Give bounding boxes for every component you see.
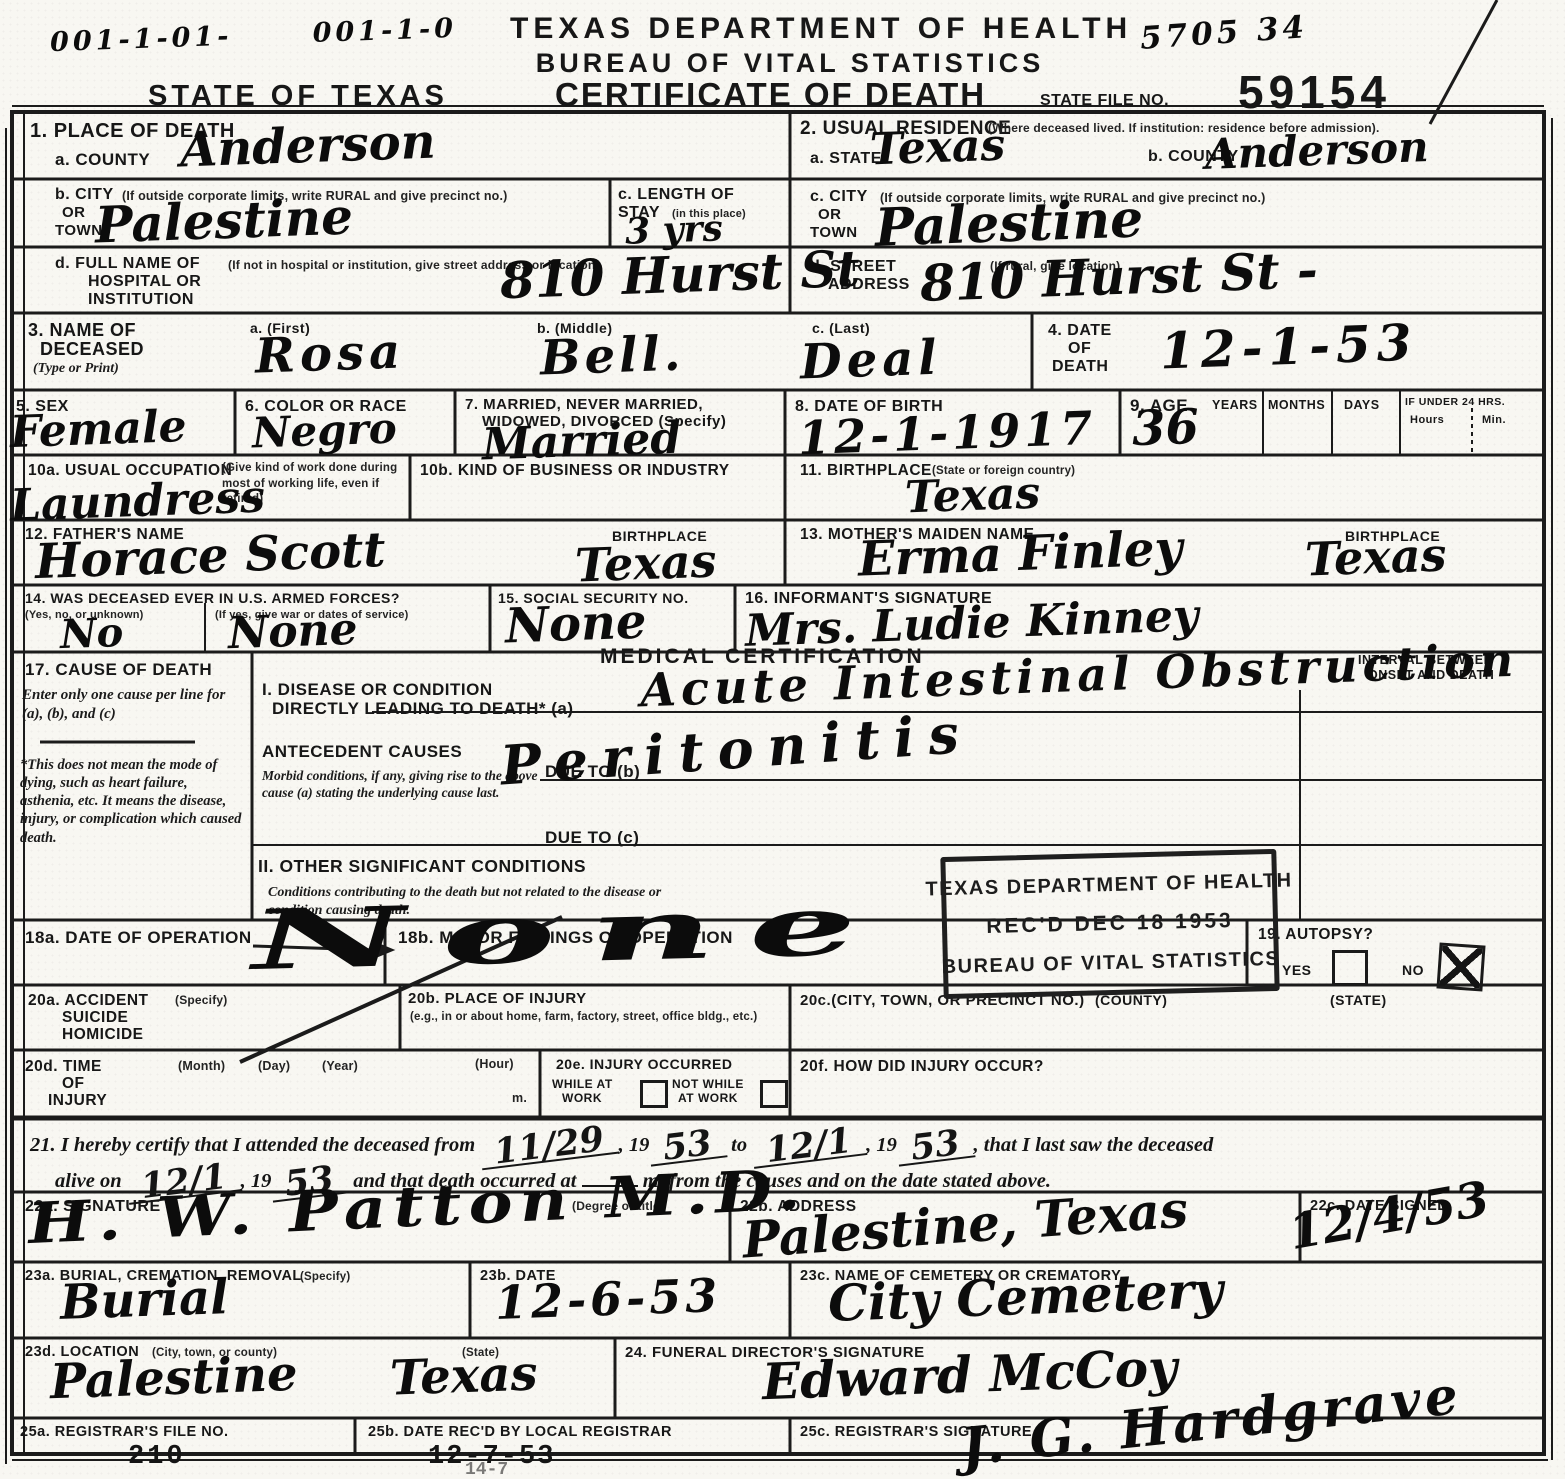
certify-statement-line-1: 21. I hereby certify that I attended the… <box>30 1126 1213 1157</box>
received-stamp: TEXAS DEPARTMENT OF HEALTH REC'D DEC 18 … <box>940 849 1279 999</box>
registrar-file-label: 25a. REGISTRAR'S FILE NO. <box>20 1424 229 1441</box>
funeral-director-signature: Edward McCoy <box>761 1343 1178 1407</box>
age-value: 36 <box>1131 403 1199 453</box>
place-of-injury-label: 20b. PLACE OF INJURY <box>408 990 587 1007</box>
county-label: a. COUNTY <box>55 150 150 170</box>
not-while-at-work-checkbox <box>760 1080 788 1108</box>
stamp-line-2: REC'D DEC 18 1953 <box>986 909 1234 939</box>
while-at-work-checkbox <box>640 1080 668 1108</box>
due-to-c-label: DUE TO (c) <box>545 828 639 848</box>
not-while-at-work-label-2: AT WORK <box>678 1092 738 1106</box>
accident-label-2: SUICIDE <box>62 1009 128 1027</box>
birthplace-value: Texas <box>904 472 1041 521</box>
burial-date-value: 12-6-53 <box>494 1272 722 1326</box>
header-department: TEXAS DEPARTMENT OF HEALTH <box>510 12 1070 47</box>
armed-forces-service-value: None <box>227 608 358 656</box>
stamp-line-1: TEXAS DEPARTMENT OF HEALTH <box>925 869 1293 901</box>
autopsy-no-label: NO <box>1402 962 1424 978</box>
city-or-label: OR <box>62 204 86 221</box>
cause-note-2: *This does not mean the mode of dying, s… <box>20 756 245 847</box>
registrar-file-value: 210 <box>128 1442 186 1472</box>
injury-month-label: (Month) <box>178 1058 225 1075</box>
disease-label-1: I. DISEASE OR CONDITION <box>262 680 493 700</box>
while-at-work-label-2: WORK <box>562 1092 602 1106</box>
header-certificate-title: CERTIFICATE OF DEATH <box>555 76 986 114</box>
mother-birthplace-value: Texas <box>1304 532 1447 583</box>
burial-location-value: Palestine <box>49 1350 298 1407</box>
time-of-injury-label-3: INJURY <box>48 1092 107 1110</box>
marital-value: Married <box>481 417 681 468</box>
name-title-2: DECEASED <box>40 339 144 360</box>
residence-county-value: Anderson <box>1204 126 1429 176</box>
time-of-injury-label-2: OF <box>62 1075 85 1093</box>
burial-value: Burial <box>59 1273 229 1327</box>
race-value: Negro <box>251 407 397 454</box>
first-name-value: Rosa <box>254 327 406 380</box>
name-title-1: 3. NAME OF <box>28 320 136 341</box>
age-days-label: DAYS <box>1344 398 1380 412</box>
accident-label-1: 20a. ACCIDENT <box>28 992 148 1010</box>
date-of-death-label-2: OF <box>1068 340 1091 358</box>
residence-city-label: c. CITY <box>810 188 868 206</box>
operation-none-value: None <box>245 884 895 982</box>
autopsy-yes-label: YES <box>1282 962 1312 978</box>
certify-19b: , 19 <box>866 1134 897 1156</box>
certify-pre: 21. I hereby certify that I attended the… <box>30 1134 475 1156</box>
age-min-label: Min. <box>1482 414 1506 427</box>
hospital-value: 810 Hurst St <box>499 244 860 307</box>
sex-value: Female <box>9 405 187 455</box>
certify-19a: , 19 <box>619 1134 650 1156</box>
armed-forces-value: No <box>59 613 124 655</box>
mother-name-value: Erma Finley <box>857 524 1183 583</box>
injury-hour-label: (Hour) <box>475 1056 514 1073</box>
injury-year-label: (Year) <box>322 1058 358 1075</box>
date-of-death-label-1: 4. DATE <box>1048 322 1112 340</box>
hospital-label-2: HOSPITAL OR <box>88 273 201 291</box>
city-value: Palestine <box>94 192 353 251</box>
ssn-value: None <box>504 598 647 651</box>
marital-label-1: 7. MARRIED, NEVER MARRIED, <box>465 396 703 413</box>
certify-post: , that I last saw the deceased <box>974 1134 1214 1156</box>
injury-occurred-label: 20e. INJURY OCCURRED <box>556 1056 733 1072</box>
father-birthplace-value: Texas <box>574 538 717 589</box>
birth-date-value: 12-1-1917 <box>797 405 1097 461</box>
while-at-work-label-1: WHILE AT <box>552 1078 613 1092</box>
date-of-death-label-3: DEATH <box>1052 358 1108 376</box>
hospital-label-1: d. FULL NAME OF <box>55 255 200 273</box>
antecedent-note: Morbid conditions, if any, giving rise t… <box>262 768 542 802</box>
header-bureau: BUREAU OF VITAL STATISTICS <box>510 48 1070 79</box>
cause-note-1: Enter only one cause per line for (a), (… <box>22 686 237 724</box>
place-of-injury-note: (e.g., in or about home, farm, factory, … <box>410 1010 770 1026</box>
age-under24-label: IF UNDER 24 HRS. <box>1405 396 1505 408</box>
residence-city-value: Palestine <box>874 193 1144 254</box>
state-file-number: 59154 <box>1238 66 1391 119</box>
state-file-no-label: STATE FILE NO. <box>1040 92 1169 110</box>
header-state-of-texas: STATE OF TEXAS <box>148 80 448 113</box>
cause-of-death-label: 17. CAUSE OF DEATH <box>25 660 212 680</box>
cemetery-value: City Cemetery <box>827 1265 1223 1329</box>
residence-state-value: Texas <box>869 124 1006 173</box>
certify-to: to <box>731 1134 747 1156</box>
not-while-at-work-label-1: NOT WHILE <box>672 1078 744 1092</box>
accident-label-3: HOMICIDE <box>62 1026 144 1044</box>
age-years-label: YEARS <box>1212 398 1258 412</box>
injury-day-label: (Day) <box>258 1058 290 1075</box>
burial-state-value: Texas <box>389 1349 538 1402</box>
burial-specify-note: (Specify) <box>300 1270 350 1286</box>
stray-mark: 14-7 <box>465 1460 508 1479</box>
stamp-line-3: BUREAU OF VITAL STATISTICS <box>941 947 1280 978</box>
last-name-value: Deal <box>799 334 942 387</box>
occupation-value: Laundress <box>9 476 265 529</box>
residence-city-or: OR <box>818 206 842 223</box>
how-injury-label: 20f. HOW DID INJURY OCCUR? <box>800 1058 1044 1076</box>
middle-name-value: Bell. <box>539 329 685 382</box>
age-hours-label: Hours <box>1410 414 1444 427</box>
street-value: 810 Hurst St - <box>919 245 1318 309</box>
hospital-label-3: INSTITUTION <box>88 291 194 309</box>
registrar-date-label: 25b. DATE REC'D BY LOCAL REGISTRAR <box>368 1424 672 1441</box>
accident-specify-note: (Specify) <box>175 992 227 1008</box>
disease-label-2: DIRECTLY LEADING TO DEATH* (a) <box>272 699 574 719</box>
antecedent-label: ANTECEDENT CAUSES <box>262 742 462 762</box>
age-months-label: MONTHS <box>1268 398 1325 412</box>
date-of-operation-label: 18a. DATE OF OPERATION <box>25 928 252 948</box>
death-certificate-scan: 001-1-01- 001-1-0 TEXAS DEPARTMENT OF HE… <box>0 0 1565 1479</box>
autopsy-no-checkbox-checked <box>1436 942 1485 991</box>
time-of-injury-label-1: 20d. TIME <box>25 1058 102 1076</box>
autopsy-yes-checkbox <box>1332 950 1368 986</box>
date-of-death-value: 12-1-53 <box>1159 318 1418 377</box>
other-conditions-label: II. OTHER SIGNIFICANT CONDITIONS <box>258 856 586 876</box>
length-of-stay-label-1: c. LENGTH OF <box>618 186 734 204</box>
injury-m-label: m. <box>512 1090 527 1107</box>
father-name-value: Horace Scott <box>34 526 386 586</box>
injury-state-label: (STATE) <box>1330 992 1387 1008</box>
county-value: Anderson <box>179 118 436 175</box>
name-title-3: (Type or Print) <box>33 360 119 378</box>
